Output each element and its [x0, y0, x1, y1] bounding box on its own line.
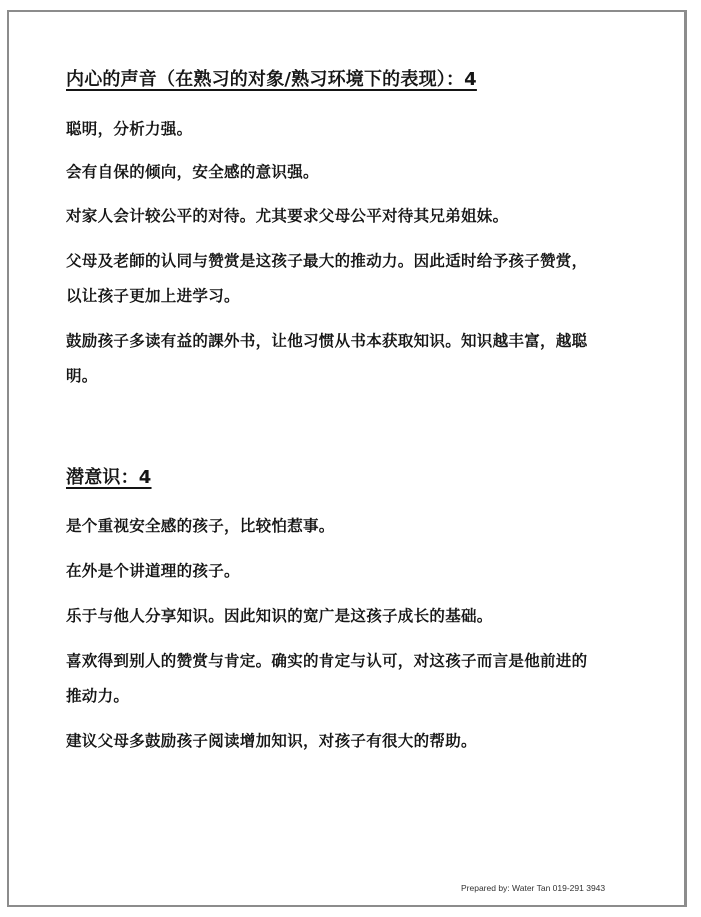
paragraph-line: 推动力。	[66, 679, 646, 714]
paragraph-line: 建议父母多鼓励孩子阅读增加知识，对孩子有很大的帮助。	[66, 724, 646, 759]
paragraph-line: 以让孩子更加上进学习。	[66, 279, 646, 314]
paragraph-line: 明。	[66, 359, 646, 394]
paragraph: 对家人会计较公平的对待。尤其要求父母公平对待其兄弟姐妹。	[66, 199, 646, 234]
section-heading-inner-voice: 内心的声音（在熟习的对象/熟习环境下的表现）：4	[66, 68, 477, 92]
paragraph-line: 对家人会计较公平的对待。尤其要求父母公平对待其兄弟姐妹。	[66, 199, 646, 234]
paragraph-line: 聪明，分析力强。	[66, 112, 646, 147]
paragraph-line: 是个重视安全感的孩子，比较怕惹事。	[66, 509, 646, 544]
paragraph-line: 在外是个讲道理的孩子。	[66, 554, 646, 589]
paragraph: 父母及老師的认同与赞赏是这孩子最大的推动力。因此适时给予孩子赞赏， 以让孩子更加…	[66, 244, 646, 314]
section-heading-subconscious: 潜意识：4	[66, 466, 152, 490]
paragraph: 会有自保的倾向，安全感的意识强。	[66, 155, 646, 190]
paragraph-line: 乐于与他人分享知识。因此知识的宽广是这孩子成长的基础。	[66, 599, 646, 634]
paragraph-line: 父母及老師的认同与赞赏是这孩子最大的推动力。因此适时给予孩子赞赏，	[66, 244, 646, 279]
paragraph-line: 鼓励孩子多读有益的課外书，让他习惯从书本获取知识。知识越丰富，越聪	[66, 324, 646, 359]
paragraph: 是个重视安全感的孩子，比较怕惹事。	[66, 509, 646, 544]
footer-prepared-by: Prepared by: Water Tan 019-291 3943	[461, 883, 605, 893]
paragraph-line: 会有自保的倾向，安全感的意识强。	[66, 155, 646, 190]
paragraph: 喜欢得到别人的赞赏与肯定。确实的肯定与认可，对这孩子而言是他前进的 推动力。	[66, 644, 646, 714]
paragraph-line: 喜欢得到别人的赞赏与肯定。确实的肯定与认可，对这孩子而言是他前进的	[66, 644, 646, 679]
paragraph: 在外是个讲道理的孩子。	[66, 554, 646, 589]
paragraph: 鼓励孩子多读有益的課外书，让他习惯从书本获取知识。知识越丰富，越聪 明。	[66, 324, 646, 394]
paragraph: 聪明，分析力强。	[66, 112, 646, 147]
paragraph: 建议父母多鼓励孩子阅读增加知识，对孩子有很大的帮助。	[66, 724, 646, 759]
paragraph: 乐于与他人分享知识。因此知识的宽广是这孩子成长的基础。	[66, 599, 646, 634]
